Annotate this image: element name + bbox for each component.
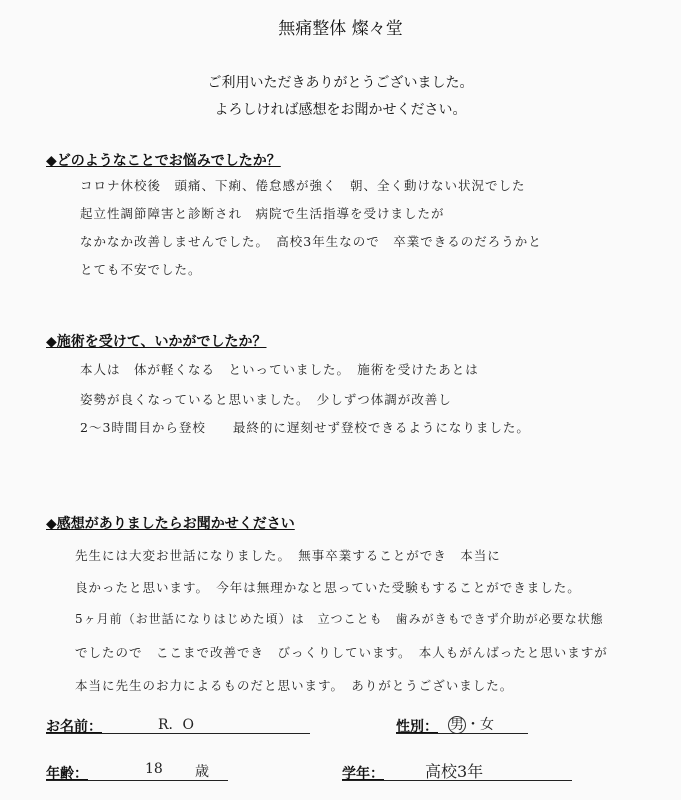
gender-option-female: 女 <box>480 717 494 733</box>
answer-line: 先生には大変お世話になりました。 無事卒業することができ 本当に <box>75 546 501 564</box>
answer-line: 起立性調節障害と診断され 病院で生活指導を受けましたが <box>80 204 445 222</box>
answer-line: コロナ休校後 頭痛、下痢、倦怠感が強く 朝、全く動けない状況でした <box>80 176 526 194</box>
grade-underline <box>342 780 572 781</box>
name-value: R．O <box>158 714 194 734</box>
gender-options: 男・女 <box>448 714 494 734</box>
question-heading-treatment: ◆施術を受けて、いかがでしたか？ <box>46 331 267 351</box>
answer-line: とても不安でした。 <box>80 260 202 278</box>
answer-line: 本人は 体が軽くなる といっていました。 施術を受けたあとは <box>80 360 479 378</box>
answer-line: 2～3時間目から登校 最終的に遅刻せず登校できるようになりました。 <box>80 418 530 436</box>
answer-line: 本当に先生のお力によるものだと思います。 ありがとうございました。 <box>75 676 513 694</box>
answer-line: なかなか改善しませんでした。 高校3年生なので 卒業できるのだろうかと <box>80 232 542 250</box>
name-underline <box>46 733 310 734</box>
answer-line: 良かったと思います。 今年は無理かなと思っていた受験もすることができました。 <box>75 578 581 596</box>
answer-line: 姿勢が良くなっていると思いました。 少しずつ体調が改善し <box>80 390 452 408</box>
clinic-title: 無痛整体 燦々堂 <box>0 14 681 39</box>
intro-line-1: ご利用いただきありがとうございました。 <box>0 72 681 92</box>
gender-underline <box>396 733 528 734</box>
gender-option-male: 男 <box>448 716 466 734</box>
answer-line: でしたので ここまで改善でき びっくりしています。 本人もがんばったと思いますが <box>75 643 608 661</box>
question-heading-feedback: ◆感想がありましたらお聞かせください <box>46 513 295 533</box>
grade-value: 高校3年 <box>425 759 483 782</box>
gender-separator: ・ <box>466 717 480 733</box>
question-heading-concerns: ◆どのようなことでお悩みでしたか？ <box>46 150 281 170</box>
age-unit: 歳 <box>195 761 209 781</box>
age-underline <box>46 780 228 781</box>
intro-line-2: よろしければ感想をお聞かせください。 <box>0 99 681 119</box>
answer-line: 5ヶ月前（お世話になりはじめた頃）は 立つことも 歯みがきもできず介助が必要な状… <box>75 610 604 627</box>
age-value: 18 <box>145 761 163 777</box>
